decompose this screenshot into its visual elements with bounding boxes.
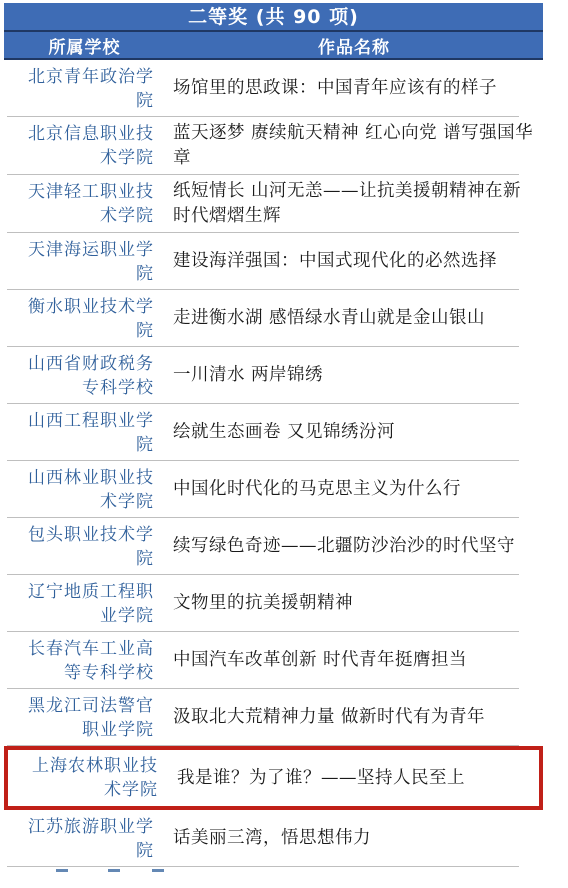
school-name: 山西省财政税务专科学校 (4, 352, 164, 400)
school-name: 辽宁地质工程职业学院 (4, 580, 164, 628)
clipped-text-fragment (152, 869, 164, 872)
work-title: 续写绿色奇迹——北疆防沙治沙的时代坚守 (164, 534, 543, 559)
table-title: 二等奖 (共 90 项) (4, 3, 543, 32)
table-row: 天津轻工职业技术学院 纸短情长 山河无恙——让抗美援朝精神在新时代熠熠生辉 (4, 175, 543, 233)
table-row: 江苏旅游职业学院 话美丽三湾，悟思想伟力 (4, 810, 543, 867)
school-name: 江苏旅游职业学院 (4, 815, 164, 863)
table-row: 北京信息职业技术学院 蓝天逐梦 赓续航天精神 红心向党 谱写强国华章 (4, 117, 543, 175)
work-title: 纸短情长 山河无恙——让抗美援朝精神在新时代熠熠生辉 (164, 179, 543, 229)
work-title: 我是谁？为了谁？——坚持人民至上 (168, 766, 539, 791)
work-title: 中国化时代化的马克思主义为什么行 (164, 477, 543, 502)
school-name: 北京青年政治学院 (4, 65, 164, 113)
school-name: 长春汽车工业高等专科学校 (4, 637, 164, 685)
table-row: 长春汽车工业高等专科学校 中国汽车改革创新 时代青年挺膺担当 (4, 632, 543, 689)
table-row: 天津海运职业学院 建设海洋强国：中国式现代化的必然选择 (4, 233, 543, 290)
school-name: 衡水职业技术学院 (4, 295, 164, 343)
awards-table: 二等奖 (共 90 项) 所属学校 作品名称 北京青年政治学院 场馆里的思政课：… (4, 3, 543, 875)
table-row: 北京青年政治学院 场馆里的思政课：中国青年应该有的样子 (4, 60, 543, 117)
table-row-highlighted: 上海农林职业技术学院 我是谁？为了谁？——坚持人民至上 (4, 746, 543, 810)
next-row-clipped (4, 867, 543, 875)
work-title: 绘就生态画卷 又见锦绣汾河 (164, 420, 543, 445)
work-title: 一川清水 两岸锦绣 (164, 363, 543, 388)
table-row: 山西林业职业技术学院 中国化时代化的马克思主义为什么行 (4, 461, 543, 518)
table-row: 黑龙江司法警官职业学院 汲取北大荒精神力量 做新时代有为青年 (4, 689, 543, 746)
column-header-school: 所属学校 (4, 33, 165, 58)
table-row: 衡水职业技术学院 走进衡水湖 感悟绿水青山就是金山银山 (4, 290, 543, 347)
work-title: 建设海洋强国：中国式现代化的必然选择 (164, 249, 543, 274)
work-title: 汲取北大荒精神力量 做新时代有为青年 (164, 705, 543, 730)
work-title: 文物里的抗美援朝精神 (164, 591, 543, 616)
clipped-text-fragment (56, 869, 68, 872)
table-row: 辽宁地质工程职业学院 文物里的抗美援朝精神 (4, 575, 543, 632)
work-title: 场馆里的思政课：中国青年应该有的样子 (164, 76, 543, 101)
school-name: 天津海运职业学院 (4, 238, 164, 286)
work-title: 话美丽三湾，悟思想伟力 (164, 826, 543, 851)
column-header-work: 作品名称 (165, 33, 543, 58)
work-title: 蓝天逐梦 赓续航天精神 红心向党 谱写强国华章 (164, 121, 543, 171)
page: 二等奖 (共 90 项) 所属学校 作品名称 北京青年政治学院 场馆里的思政课：… (0, 0, 568, 888)
table-body: 北京青年政治学院 场馆里的思政课：中国青年应该有的样子 北京信息职业技术学院 蓝… (4, 60, 543, 867)
table-row: 山西工程职业学院 绘就生态画卷 又见锦绣汾河 (4, 404, 543, 461)
work-title: 走进衡水湖 感悟绿水青山就是金山银山 (164, 306, 543, 331)
school-name: 北京信息职业技术学院 (4, 122, 164, 170)
school-name: 天津轻工职业技术学院 (4, 180, 164, 228)
table-row: 包头职业技术学院 续写绿色奇迹——北疆防沙治沙的时代坚守 (4, 518, 543, 575)
school-name: 山西工程职业学院 (4, 409, 164, 457)
school-name: 黑龙江司法警官职业学院 (4, 694, 164, 742)
school-name: 上海农林职业技术学院 (8, 754, 168, 802)
table-row: 山西省财政税务专科学校 一川清水 两岸锦绣 (4, 347, 543, 404)
column-header-row: 所属学校 作品名称 (4, 32, 543, 60)
work-title: 中国汽车改革创新 时代青年挺膺担当 (164, 648, 543, 673)
clipped-text-fragment (108, 869, 120, 872)
school-name: 山西林业职业技术学院 (4, 466, 164, 514)
school-name: 包头职业技术学院 (4, 523, 164, 571)
